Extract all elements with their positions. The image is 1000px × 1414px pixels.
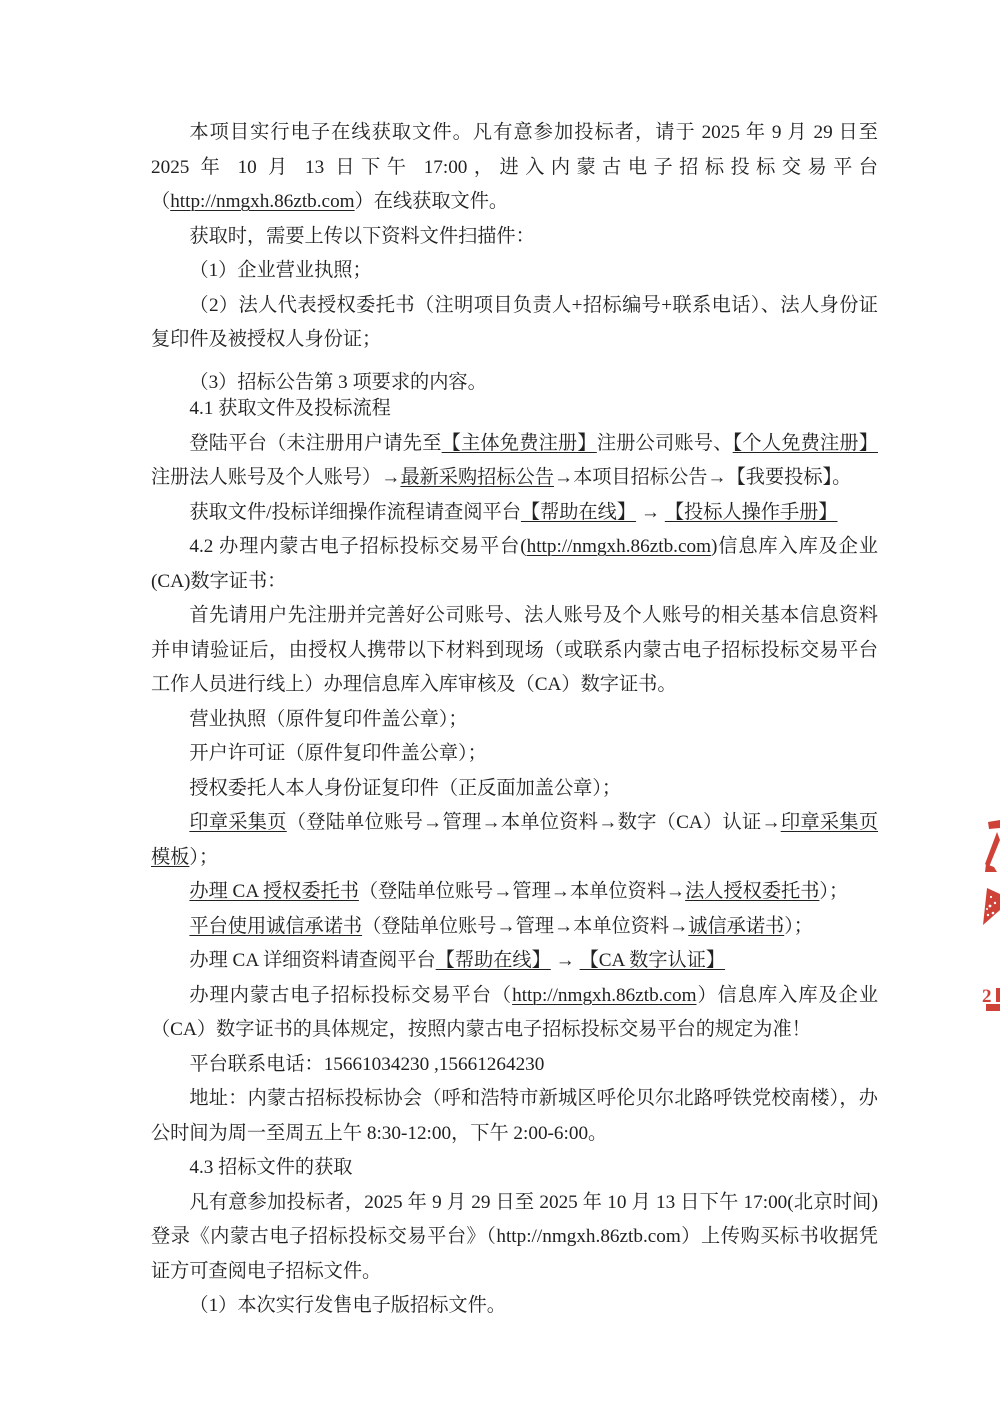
text-segment: ）在线获取文件。 [355,191,509,212]
paragraph: 平台联系电话：15661034230 ,15661264230 [151,1048,878,1083]
paragraph: 平台使用诚信承诺书（登陆单位账号→管理→本单位资料→诚信承诺书）； [151,910,878,945]
underlined-text: 平台使用诚信承诺书 [189,916,362,937]
paragraph: 4.1 获取文件及投标流程 [151,392,878,427]
underlined-text: http://nmgxh.86ztb.com [512,985,696,1006]
text-segment: ）； [189,847,218,868]
underlined-text: 法人授权委托书 [685,881,819,902]
text-segment: 获取文件/投标详细操作流程请查阅平台 [189,502,521,523]
text-segment: 首先请用户先注册并完善好公司账号、法人账号及个人账号的相关基本信息资料并申请验证… [151,605,878,695]
paragraph: （1）本次实行发售电子版招标文件。 [151,1289,878,1324]
stamp-bar-fragment [986,1004,1000,1011]
text-segment: 平台联系电话：15661034230 ,15661264230 [189,1054,544,1075]
underlined-text: 印章采集页 [189,812,286,833]
paragraph: 4.2 办理内蒙古电子招标投标交易平台(http://nmgxh.86ztb.c… [151,530,878,599]
underlined-text: 【个人免费注册】 [733,433,878,454]
stamp-seal-corner-icon [983,888,1000,925]
text-segment: 授权委托人本人身份证复印件（正反面加盖公章）； [189,778,621,799]
underlined-text: 【主体免费注册】 [442,433,597,454]
document-page: 本项目实行电子在线获取文件。凡有意参加投标者，请于 2025 年 9 月 29 … [0,0,1000,1414]
paragraph: 办理内蒙古电子招标投标交易平台（http://nmgxh.86ztb.com）信… [151,979,878,1048]
paragraph: 凡有意参加投标者，2025 年 9 月 29 日至 2025 年 10 月 13… [151,1186,878,1290]
text-segment: （登陆单位账号→管理→本单位资料→数字（CA）认证→ [287,812,781,833]
underlined-text: 【CA 数字认证】 [580,950,726,971]
paragraph: 办理 CA 授权委托书（登陆单位账号→管理→本单位资料→法人授权委托书）； [151,875,878,910]
text-segment: 4.1 获取文件及投标流程 [189,398,390,419]
underlined-text: 办理 CA 授权委托书 [189,881,359,902]
text-segment: →本项目招标公告→【我要投标】。 [554,467,851,488]
underlined-text: 最新采购招标公告 [400,467,554,488]
text-segment: ）； [784,916,813,937]
text-segment: 4.2 办理内蒙古电子招标投标交易平台( [189,536,526,557]
text-segment: 登陆平台（未注册用户请先至 [189,433,441,454]
paragraph: 获取文件/投标详细操作流程请查阅平台【帮助在线】 → 【投标人操作手册】 [151,496,878,531]
text-segment: 获取时，需要上传以下资料文件扫描件： [189,226,534,247]
underlined-text: 诚信承诺书 [688,916,784,937]
paragraph: （1）企业营业执照； [151,254,878,289]
text-segment: （登陆单位账号→管理→本单位资料→ [359,881,685,902]
paragraph: 地址：内蒙古招标投标协会（呼和浩特市新城区呼伦贝尔北路呼铁党校南楼），办公时间为… [151,1082,878,1151]
text-segment: （2）法人代表授权委托书（注明项目负责人+招标编号+联系电话）、法人身份证复印件… [151,295,878,351]
paragraph: （2）法人代表授权委托书（注明项目负责人+招标编号+联系电话）、法人身份证复印件… [151,289,878,358]
text-segment: （3）招标公告第 3 项要求的内容。 [189,372,486,393]
underlined-text: 【帮助在线】 [436,950,551,971]
paragraph: 本项目实行电子在线获取文件。凡有意参加投标者，请于 2025 年 9 月 29 … [151,116,878,220]
paragraph: 首先请用户先注册并完善好公司账号、法人账号及个人账号的相关基本信息资料并申请验证… [151,599,878,703]
paragraph: 营业执照（原件复印件盖公章）； [151,703,878,738]
text-segment: 注册公司账号、 [597,433,733,454]
underlined-text: http://nmgxh.86ztb.com [527,536,711,557]
text-segment: 办理 CA 详细资料请查阅平台 [189,950,435,971]
text-segment: 注册法人账号及个人账号）→ [151,467,400,488]
text-segment: （登陆单位账号→管理→本单位资料→ [362,916,688,937]
text-segment: → [551,950,580,971]
text-segment: ）； [819,881,848,902]
underlined-text: http://nmgxh.86ztb.com [170,191,354,212]
text-segment: 办理内蒙古电子招标投标交易平台（ [189,985,512,1006]
paragraph: 获取时，需要上传以下资料文件扫描件： [151,220,878,255]
text-segment: 地址：内蒙古招标投标协会（呼和浩特市新城区呼伦贝尔北路呼铁党校南楼），办公时间为… [151,1088,878,1144]
text-segment: （1）本次实行发售电子版招标文件。 [189,1295,506,1316]
underlined-text: 【投标人操作手册】 [665,502,838,523]
text-segment: 开户许可证（原件复印件盖公章）； [189,743,486,764]
paragraph: 登陆平台（未注册用户请先至【主体免费注册】注册公司账号、【个人免费注册】注册法人… [151,427,878,496]
text-segment: 凡有意参加投标者，2025 年 9 月 29 日至 2025 年 10 月 13… [151,1192,878,1282]
paragraph: 印章采集页（登陆单位账号→管理→本单位资料→数字（CA）认证→印章采集页模板）； [151,806,878,875]
edge-stamp-fragments: 2 [980,818,1000,1018]
text-segment: 4.3 招标文件的获取 [189,1157,352,1178]
text-segment: （1）企业营业执照； [189,260,371,281]
underlined-text: 【帮助在线】 [521,502,636,523]
page-number-fragment: 2 [982,986,992,1007]
document-body: 本项目实行电子在线获取文件。凡有意参加投标者，请于 2025 年 9 月 29 … [151,116,878,1324]
paragraph: 授权委托人本人身份证复印件（正反面加盖公章）； [151,772,878,807]
text-segment: 营业执照（原件复印件盖公章）； [189,709,467,730]
paragraph: 办理 CA 详细资料请查阅平台【帮助在线】 → 【CA 数字认证】 [151,944,878,979]
stamp-character-fragment-icon [985,820,1000,872]
paragraph: 开户许可证（原件复印件盖公章）； [151,737,878,772]
paragraph: 4.3 招标文件的获取 [151,1151,878,1186]
text-segment: → [636,502,665,523]
cut-glyph-sliver [996,988,1000,1002]
